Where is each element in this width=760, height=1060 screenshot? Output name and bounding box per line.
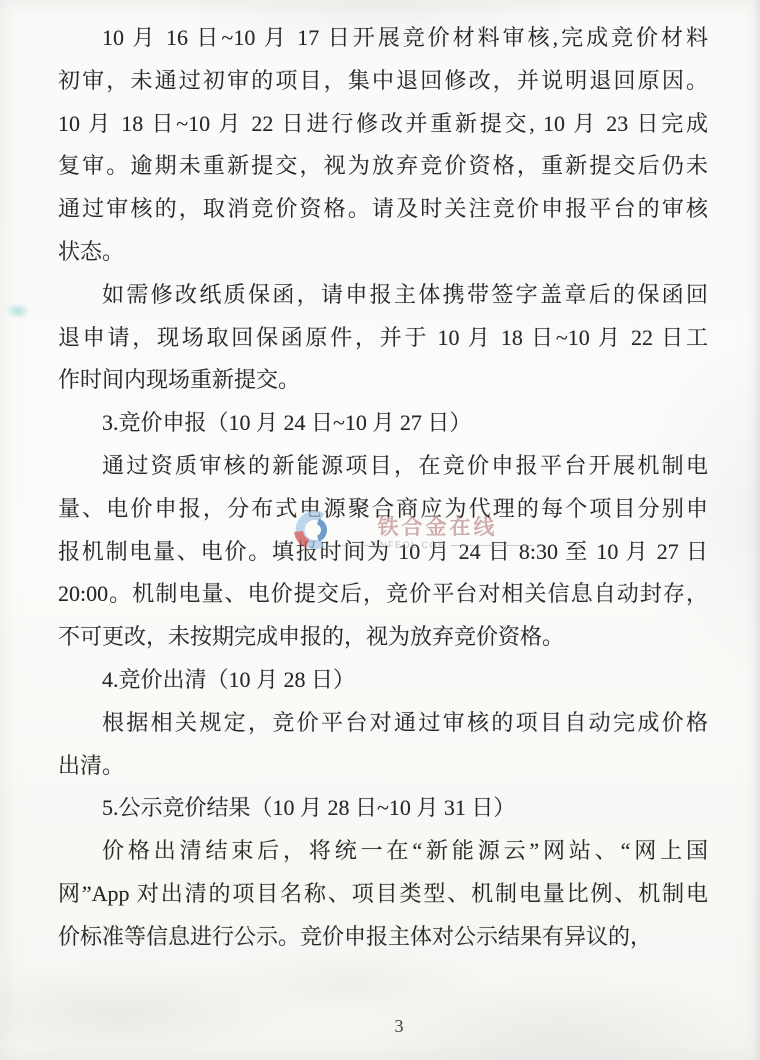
- text-line: 报机制电量、电价。填报时间为 10 月 24 日 8:30 至 10 月 27 …: [58, 531, 708, 574]
- text-line: 5.公示竞价结果（10 月 28 日~10 月 31 日）: [58, 787, 708, 830]
- text-line: 如需修改纸质保函，请申报主体携带签字盖章后的保函回: [58, 274, 708, 317]
- text-line: 初审，未通过初审的项目，集中退回修改，并说明退回原因。: [58, 60, 708, 103]
- text-line: 作时间内现场重新提交。: [58, 359, 708, 402]
- text-line: 4.竞价出清（10 月 28 日）: [58, 659, 708, 702]
- page-number: 3: [19, 1016, 760, 1037]
- text-line: 量、电价申报，分布式电源聚合商应为代理的每个项目分别申: [58, 488, 708, 531]
- text-line: 通过审核的，取消竞价资格。请及时关注竞价申报平台的审核: [58, 188, 708, 231]
- text-line: 出清。: [58, 745, 708, 788]
- document-body: 10 月 16 日~10 月 17 日开展竞价材料审核,完成竞价材料初审，未通过…: [58, 17, 708, 959]
- text-line: 网”App 对出清的项目名称、项目类型、机制电量比例、机制电: [58, 873, 708, 916]
- text-line: 退申请，现场取回保函原件，并于 10 月 18 日~10 月 22 日工: [58, 317, 708, 360]
- text-line: 状态。: [58, 231, 708, 274]
- scan-edge-shadow: [753, 0, 760, 1060]
- text-line: 3.竞价申报（10 月 24 日~10 月 27 日）: [58, 402, 708, 445]
- text-line: 不可更改，未按期完成申报的，视为放弃竞价资格。: [58, 616, 708, 659]
- text-line: 10 月 18 日~10 月 22 日进行修改并重新提交, 10 月 23 日完…: [58, 103, 708, 146]
- text-line: 10 月 16 日~10 月 17 日开展竞价材料审核,完成竞价材料: [58, 17, 708, 60]
- text-line: 价标准等信息进行公示。竞价申报主体对公示结果有异议的，: [58, 916, 708, 959]
- text-line: 根据相关规定，竞价平台对通过审核的项目自动完成价格: [58, 702, 708, 745]
- scan-artifact-smudge: [6, 303, 30, 319]
- text-line: 通过资质审核的新能源项目，在竞价申报平台开展机制电: [58, 445, 708, 488]
- text-line: 复审。逾期未重新提交，视为放弃竞价资格，重新提交后仍未: [58, 145, 708, 188]
- text-line: 价格出清结束后，将统一在“新能源云”网站、“网上国: [58, 830, 708, 873]
- text-line: 20:00。机制电量、电价提交后，竞价平台对相关信息自动封存，: [58, 573, 708, 616]
- scanned-document-page: 10 月 16 日~10 月 17 日开展竞价材料审核,完成竞价材料初审，未通过…: [0, 0, 760, 1060]
